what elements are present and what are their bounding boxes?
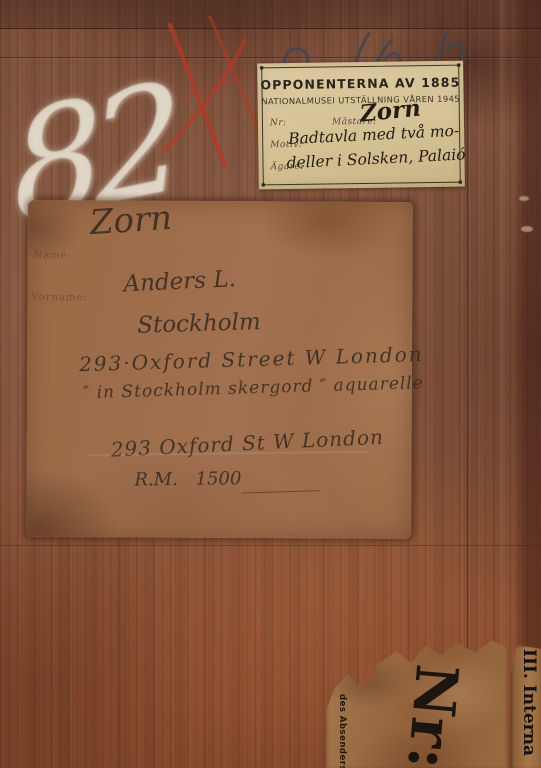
handwritten-first-name: Anders L. bbox=[123, 266, 237, 297]
handwritten-artist-name: Zorn bbox=[89, 198, 174, 243]
frame-corner-ornament-icon bbox=[261, 182, 266, 187]
printed-edge-text-rotated: III. Interna bbox=[519, 649, 539, 756]
exhibition-label: OPPONENTERNA AV 1885 NATIONALMUSEI UTSTÄ… bbox=[257, 61, 465, 190]
printed-sender-rotated: des Absenders bbox=[335, 694, 347, 766]
field-nr: Nr: bbox=[270, 118, 287, 128]
printed-nr-rotated: Nr: bbox=[394, 661, 466, 766]
exhibition-title: OPPONENTERNA AV 1885 bbox=[257, 75, 463, 93]
handwritten-address-2: 293 Oxford St W London bbox=[110, 425, 384, 462]
handwritten-title-note: ″ in Stockholm skergord ″ aquarelle bbox=[83, 373, 424, 403]
printed-vorname-field: Vorname: bbox=[31, 292, 87, 303]
frame-corner-ornament-icon bbox=[456, 63, 461, 68]
torn-paper-fragment: Nr: des Absenders bbox=[326, 634, 508, 768]
wood-seam-middle bbox=[0, 545, 541, 546]
address-label: Name: Vorname: Zorn Anders L. Stockholm … bbox=[26, 200, 413, 539]
red-chalk-cross-icon bbox=[150, 15, 270, 180]
paper-speck bbox=[521, 226, 533, 232]
handwritten-address-1: 293·Oxford Street W London bbox=[79, 342, 424, 376]
paper-speck bbox=[519, 196, 529, 201]
pencil-dash bbox=[241, 490, 319, 493]
handwritten-price: R.M. 1500 bbox=[134, 468, 241, 490]
frame-corner-ornament-icon bbox=[259, 65, 264, 70]
painting-verso-photo: 82 OPPONENTERNA AV 1885 NATIONALMU bbox=[0, 0, 541, 768]
handwritten-city: Stockholm bbox=[137, 309, 261, 339]
edge-paper-fragment: III. Interna bbox=[511, 645, 541, 768]
frame-corner-ornament-icon bbox=[458, 180, 463, 185]
printed-name-field: Name: bbox=[34, 250, 73, 261]
